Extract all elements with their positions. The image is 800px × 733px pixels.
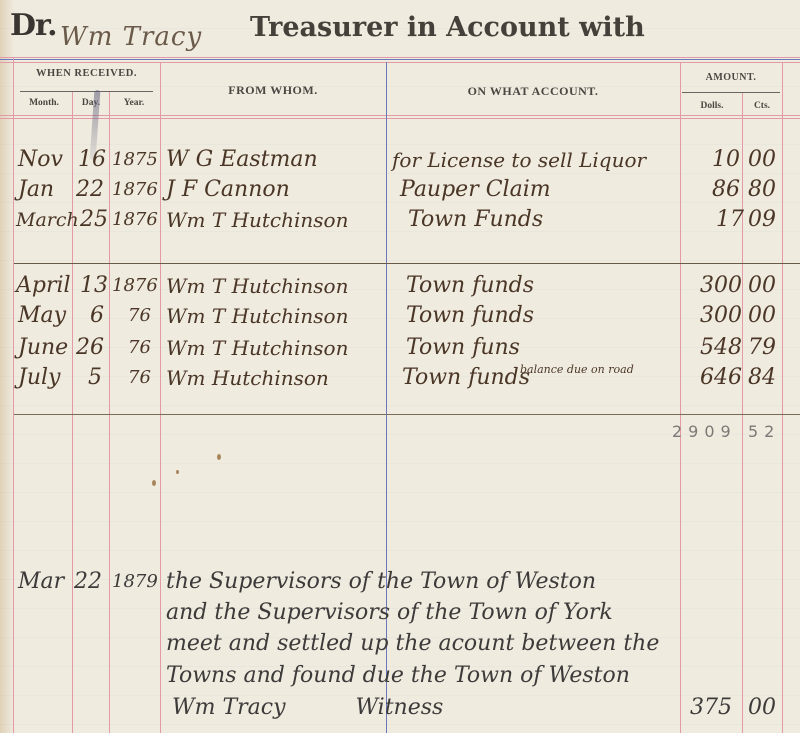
paper-stain bbox=[176, 470, 179, 474]
year-from-rule bbox=[160, 62, 161, 733]
debit-label: Dr. bbox=[10, 8, 57, 43]
entry-from: W G Eastman bbox=[166, 146, 318, 174]
settlement-line: and the Supervisors of the Town of York bbox=[166, 599, 613, 627]
entry-account: Town funds bbox=[402, 364, 530, 392]
dolls-header: Dolls. bbox=[682, 101, 742, 111]
entry-month: July bbox=[18, 364, 60, 392]
entry-day: 26 bbox=[76, 334, 104, 362]
entry-day: 13 bbox=[80, 272, 108, 300]
entry-dolls: 646 bbox=[700, 364, 742, 392]
entry-dolls: 86 bbox=[712, 176, 740, 204]
entry-day: 6 bbox=[90, 302, 104, 330]
account-holder-name: Wm Tracy bbox=[60, 22, 202, 52]
amount-right-rule bbox=[782, 62, 783, 733]
settlement-line: the Supervisors of the Town of Weston bbox=[166, 568, 596, 596]
entry-month: June bbox=[18, 334, 68, 362]
entry-month: Jan bbox=[18, 176, 54, 204]
entry-dolls: 10 bbox=[712, 146, 740, 174]
settlement-day: 22 bbox=[74, 568, 102, 596]
entry-cts: 79 bbox=[748, 334, 776, 362]
entry-from: Wm T Hutchinson bbox=[166, 302, 348, 330]
amount-header: AMOUNT. bbox=[680, 72, 782, 83]
entry-month: May bbox=[18, 302, 66, 330]
entry-account: Town funds bbox=[406, 302, 534, 330]
entry-day: 16 bbox=[78, 146, 106, 174]
entry-month: March bbox=[16, 206, 79, 234]
entry-day: 25 bbox=[80, 206, 108, 234]
entry-month: April bbox=[16, 272, 71, 300]
entry-year: 1876 bbox=[112, 272, 158, 300]
entry-cts: 00 bbox=[748, 302, 776, 330]
entry-year: 76 bbox=[128, 334, 151, 362]
entry-dolls: 548 bbox=[700, 334, 742, 362]
from-whom-header: FROM WHOM. bbox=[160, 83, 386, 98]
entry-year: 1875 bbox=[112, 146, 158, 174]
paper-stain bbox=[152, 480, 156, 486]
entry-from: Wm T Hutchinson bbox=[166, 206, 348, 234]
entry-cts: 00 bbox=[748, 146, 776, 174]
header-top-rule-red bbox=[0, 57, 800, 58]
entry-account: for License to sell Liquor bbox=[392, 146, 646, 174]
paper-stain bbox=[217, 454, 221, 460]
entry-account: Town funds bbox=[406, 272, 534, 300]
entry-cts: 09 bbox=[748, 206, 776, 234]
entry-cts: 00 bbox=[748, 272, 776, 300]
ledger-page: Dr. Wm Tracy Treasurer in Account with W… bbox=[0, 0, 800, 733]
entry-month: Nov bbox=[18, 146, 63, 174]
section-separator-line bbox=[14, 263, 800, 264]
year-header: Year. bbox=[110, 98, 158, 108]
entry-note: balance due on road bbox=[520, 364, 634, 376]
entry-cts: 80 bbox=[748, 176, 776, 204]
entry-year: 76 bbox=[128, 364, 151, 392]
entry-day: 5 bbox=[88, 364, 102, 392]
month-header: Month. bbox=[18, 98, 70, 108]
settlement-month: Mar bbox=[18, 568, 64, 596]
account-amount-rule bbox=[680, 62, 681, 733]
on-what-account-header: ON WHAT ACCOUNT. bbox=[386, 84, 680, 99]
dolls-cts-rule bbox=[742, 92, 743, 733]
entry-dolls: 300 bbox=[700, 302, 742, 330]
total-cts: 52 bbox=[748, 418, 780, 446]
settlement-cts: 00 bbox=[748, 694, 776, 722]
entry-year: 76 bbox=[128, 302, 151, 330]
entry-year: 1876 bbox=[112, 176, 158, 204]
total-rule-line bbox=[14, 414, 800, 415]
margin-rule bbox=[13, 57, 14, 733]
entry-from: Wm T Hutchinson bbox=[166, 272, 348, 300]
settlement-dolls: 375 bbox=[690, 694, 732, 722]
page-title: Treasurer in Account with bbox=[250, 12, 645, 43]
entry-dolls: 17 bbox=[716, 206, 744, 234]
entry-account: Town Funds bbox=[408, 206, 543, 234]
month-day-rule bbox=[72, 92, 73, 733]
header-top-rule-blue bbox=[0, 59, 800, 60]
settlement-year: 1879 bbox=[112, 568, 158, 596]
entry-from: Wm T Hutchinson bbox=[166, 334, 348, 362]
day-header: Day. bbox=[74, 98, 108, 108]
entry-dolls: 300 bbox=[700, 272, 742, 300]
entry-cts: 84 bbox=[748, 364, 776, 392]
settlement-line: Towns and found due the Town of Weston bbox=[166, 662, 630, 690]
day-year-rule bbox=[109, 92, 110, 733]
entry-day: 22 bbox=[76, 176, 104, 204]
amount-underline bbox=[682, 92, 780, 93]
when-received-header: WHEN RECEIVED. bbox=[20, 68, 153, 79]
cts-header: Cts. bbox=[743, 101, 781, 111]
when-received-underline bbox=[20, 91, 153, 92]
settlement-line: meet and settled up the acount between t… bbox=[166, 630, 659, 658]
bleed-through-text bbox=[420, 432, 427, 457]
entry-from: J F Cannon bbox=[166, 176, 290, 204]
entry-account: Town funs bbox=[406, 334, 520, 362]
entry-from: Wm Hutchinson bbox=[166, 364, 329, 392]
entry-account: Pauper Claim bbox=[400, 176, 551, 204]
entry-year: 1876 bbox=[112, 206, 158, 234]
settlement-signature-line: Wm Tracy Witness bbox=[172, 694, 443, 722]
total-dolls: 2909 bbox=[672, 418, 737, 446]
